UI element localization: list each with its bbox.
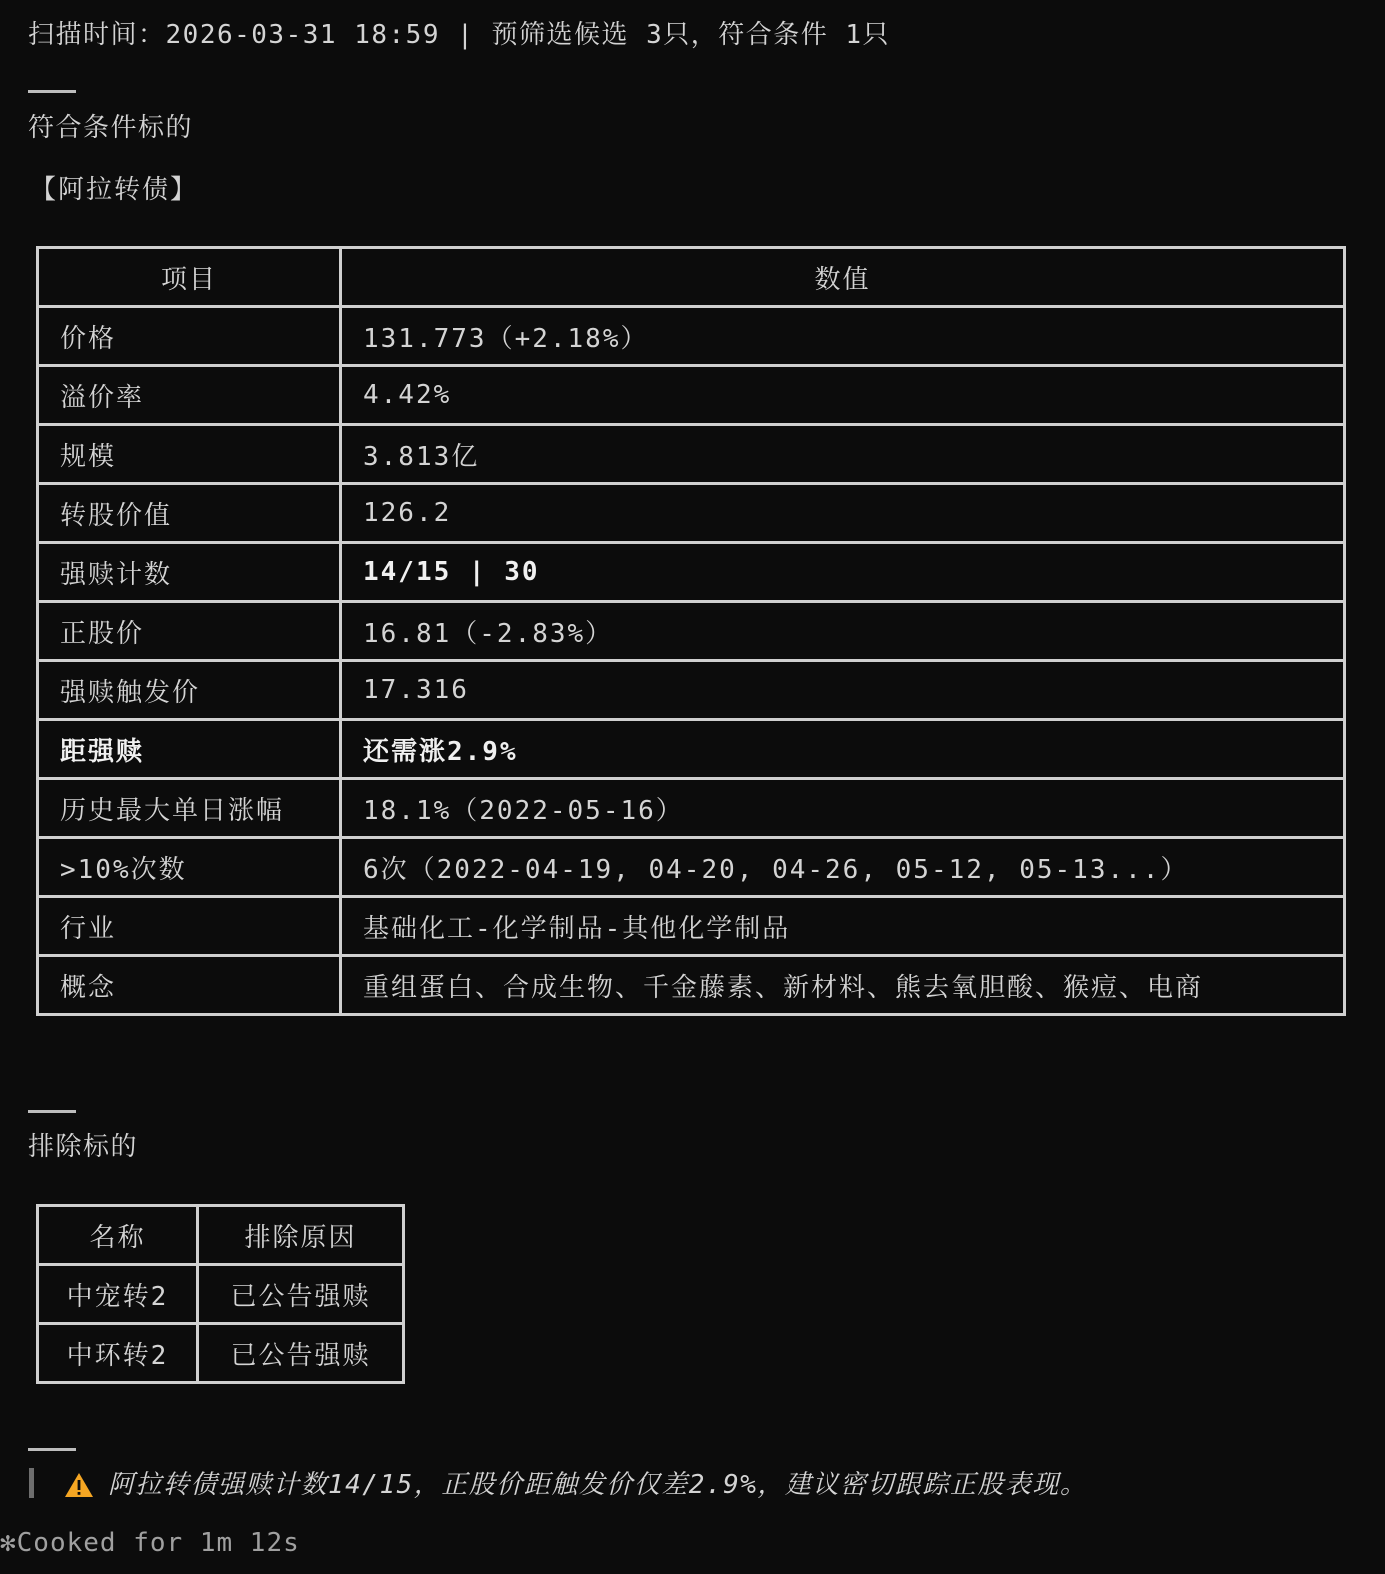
row-value: 基础化工-化学制品-其他化学制品 — [341, 897, 1345, 956]
scan-label: 扫描时间： — [28, 20, 166, 50]
table-header-row: 名称 排除原因 — [38, 1206, 404, 1265]
table-row: 转股价值126.2 — [38, 484, 1345, 543]
table-row: 规模3.813亿 — [38, 425, 1345, 484]
scan-time: 2026-03-31 18:59 — [166, 20, 440, 50]
row-value: 131.773（+2.18%） — [341, 307, 1345, 366]
column-header-name: 名称 — [38, 1206, 198, 1265]
row-label: 规模 — [38, 425, 341, 484]
excluded-name: 中宠转2 — [38, 1265, 198, 1324]
qualified-section-title: 符合条件标的 — [28, 107, 193, 144]
table-row: 行业基础化工-化学制品-其他化学制品 — [38, 897, 1345, 956]
row-label: 价格 — [38, 307, 341, 366]
table-row: 历史最大单日涨幅18.1%（2022-05-16） — [38, 779, 1345, 838]
row-label: 距强赎 — [38, 720, 341, 779]
candidate-summary: 预筛选候选 3只，符合条件 1只 — [491, 20, 890, 50]
row-label: 转股价值 — [38, 484, 341, 543]
row-value: 3.813亿 — [341, 425, 1345, 484]
separator: | — [457, 20, 474, 50]
bond-name: 【阿拉转债】 — [30, 169, 198, 206]
row-label: 溢价率 — [38, 366, 341, 425]
table-row: 中宠转2已公告强赎 — [38, 1265, 404, 1324]
row-label: 概念 — [38, 956, 341, 1015]
row-value: 126.2 — [341, 484, 1345, 543]
excluded-reason: 已公告强赎 — [198, 1324, 404, 1383]
table-row: >10%次数6次（2022-04-19, 04-20, 04-26, 05-12… — [38, 838, 1345, 897]
row-value: 重组蛋白、合成生物、千金藤素、新材料、熊去氧胆酸、猴痘、电商 — [341, 956, 1345, 1015]
row-value: 4.42% — [341, 366, 1345, 425]
excluded-reason: 已公告强赎 — [198, 1265, 404, 1324]
table-row: 强赎计数14/15 | 30 — [38, 543, 1345, 602]
warning-icon — [64, 1472, 94, 1505]
table-row: 距强赎还需涨2.9% — [38, 720, 1345, 779]
column-header-reason: 排除原因 — [198, 1206, 404, 1265]
spinner-icon: ✻ — [0, 1528, 17, 1558]
warning-note: 阿拉转债强赎计数14/15，正股价距触发价仅差2.9%，建议密切跟踪正股表现。 — [108, 1464, 1087, 1501]
divider — [28, 90, 76, 93]
excluded-table: 名称 排除原因 中宠转2已公告强赎中环转2已公告强赎 — [36, 1204, 405, 1384]
table-row: 溢价率4.42% — [38, 366, 1345, 425]
row-value: 16.81（-2.83%） — [341, 602, 1345, 661]
column-header-value: 数值 — [341, 248, 1345, 307]
row-value: 6次（2022-04-19, 04-20, 04-26, 05-12, 05-1… — [341, 838, 1345, 897]
status-footer: ✻Cooked for 1m 12s — [0, 1528, 300, 1558]
row-label: 正股价 — [38, 602, 341, 661]
row-label: >10%次数 — [38, 838, 341, 897]
qualified-table: 项目 数值 价格131.773（+2.18%）溢价率4.42%规模3.813亿转… — [36, 246, 1346, 1016]
row-value: 还需涨2.9% — [341, 720, 1345, 779]
row-label: 强赎计数 — [38, 543, 341, 602]
row-label: 历史最大单日涨幅 — [38, 779, 341, 838]
table-header-row: 项目 数值 — [38, 248, 1345, 307]
table-row: 强赎触发价17.316 — [38, 661, 1345, 720]
table-row: 正股价16.81（-2.83%） — [38, 602, 1345, 661]
row-label: 行业 — [38, 897, 341, 956]
blockquote-bar — [29, 1468, 34, 1498]
divider — [28, 1110, 76, 1113]
table-row: 中环转2已公告强赎 — [38, 1324, 404, 1383]
excluded-section-title: 排除标的 — [28, 1126, 138, 1163]
status-text: Cooked for 1m 12s — [17, 1528, 300, 1558]
scan-summary: 扫描时间：2026-03-31 18:59 | 预筛选候选 3只，符合条件 1只 — [28, 14, 890, 51]
row-label: 强赎触发价 — [38, 661, 341, 720]
excluded-name: 中环转2 — [38, 1324, 198, 1383]
table-row: 价格131.773（+2.18%） — [38, 307, 1345, 366]
column-header-item: 项目 — [38, 248, 341, 307]
row-value: 14/15 | 30 — [341, 543, 1345, 602]
row-value: 18.1%（2022-05-16） — [341, 779, 1345, 838]
row-value: 17.316 — [341, 661, 1345, 720]
divider — [28, 1448, 76, 1451]
table-row: 概念重组蛋白、合成生物、千金藤素、新材料、熊去氧胆酸、猴痘、电商 — [38, 956, 1345, 1015]
